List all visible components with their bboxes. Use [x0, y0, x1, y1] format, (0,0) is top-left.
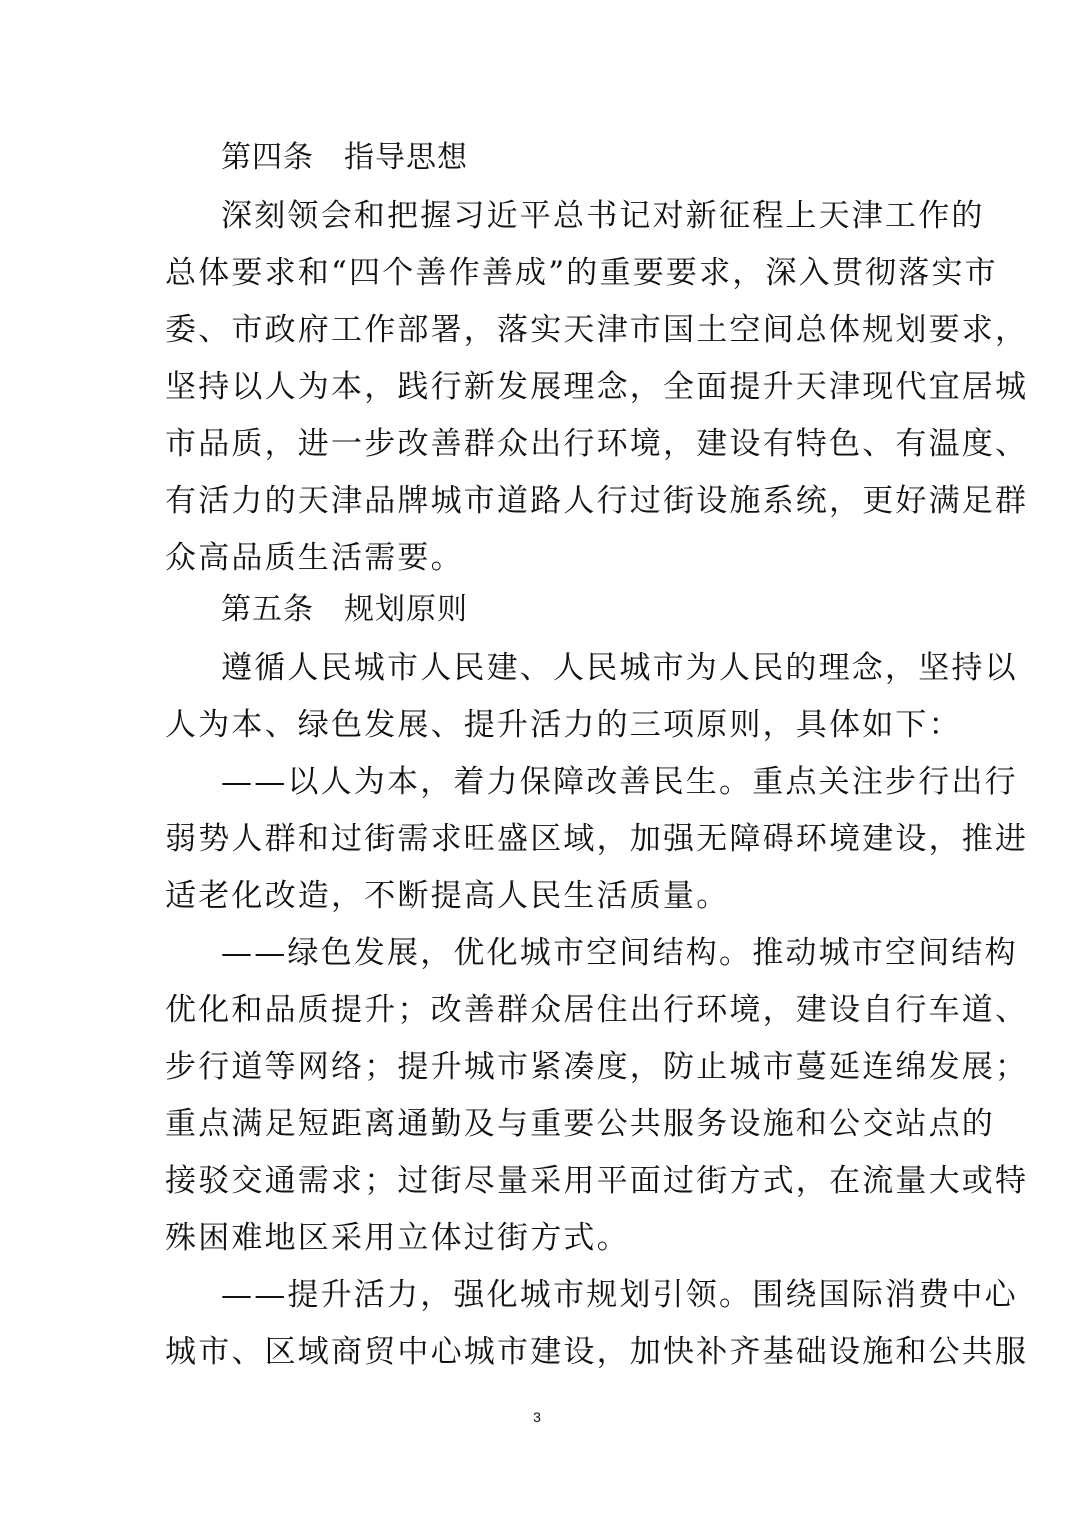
- article-4-heading: 第四条指导思想: [221, 138, 468, 178]
- paragraph-line: 委、市政府工作部署，落实天津市国土空间总体规划要求，: [165, 310, 913, 350]
- article-4-number: 第四条: [221, 140, 314, 175]
- article-5-heading: 第五条规划原则: [221, 590, 468, 630]
- paragraph-line: 有活力的天津品牌城市道路人行过街设施系统，更好满足群: [165, 481, 913, 521]
- principle-1-line: 适老化改造，不断提高人民生活质量。: [165, 876, 913, 916]
- page-number: 3: [0, 1408, 1074, 1426]
- article-4-title: 指导思想: [344, 140, 468, 175]
- principle-2-line: ——绿色发展，优化城市空间结构。推动城市空间结构: [221, 933, 913, 973]
- document-page: 第四条指导思想 深刻领会和把握习近平总书记对新征程上天津工作的 总体要求和“四个…: [0, 0, 1074, 1520]
- article-5-number: 第五条: [221, 592, 314, 627]
- paragraph-line: 坚持以人为本，践行新发展理念，全面提升天津现代宜居城: [165, 367, 913, 407]
- paragraph-line: 总体要求和“四个善作善成”的重要要求，深入贯彻落实市: [165, 253, 913, 293]
- paragraph-line: 市品质，进一步改善群众出行环境，建设有特色、有温度、: [165, 424, 913, 464]
- principle-2-line: 重点满足短距离通勤及与重要公共服务设施和公交站点的: [165, 1104, 913, 1144]
- paragraph-line: 深刻领会和把握习近平总书记对新征程上天津工作的: [221, 196, 913, 236]
- principle-2-line: 步行道等网络；提升城市紧凑度，防止城市蔓延连绵发展；: [165, 1047, 913, 1087]
- principle-1-line: ——以人为本，着力保障改善民生。重点关注步行出行: [221, 762, 913, 802]
- article-5-title: 规划原则: [344, 592, 468, 627]
- principle-2-line: 接驳交通需求；过街尽量采用平面过街方式，在流量大或特: [165, 1161, 913, 1201]
- paragraph-line: 众高品质生活需要。: [165, 538, 913, 578]
- principle-3-line: 城市、区域商贸中心城市建设，加快补齐基础设施和公共服: [165, 1332, 913, 1372]
- principle-1-line: 弱势人群和过街需求旺盛区域，加强无障碍环境建设，推进: [165, 819, 913, 859]
- principle-2-line: 殊困难地区采用立体过街方式。: [165, 1218, 913, 1258]
- paragraph-line: 人为本、绿色发展、提升活力的三项原则，具体如下：: [165, 705, 913, 745]
- principle-3-line: ——提升活力，强化城市规划引领。围绕国际消费中心: [221, 1275, 913, 1315]
- principle-2-line: 优化和品质提升；改善群众居住出行环境，建设自行车道、: [165, 990, 913, 1030]
- paragraph-line: 遵循人民城市人民建、人民城市为人民的理念，坚持以: [221, 648, 913, 688]
